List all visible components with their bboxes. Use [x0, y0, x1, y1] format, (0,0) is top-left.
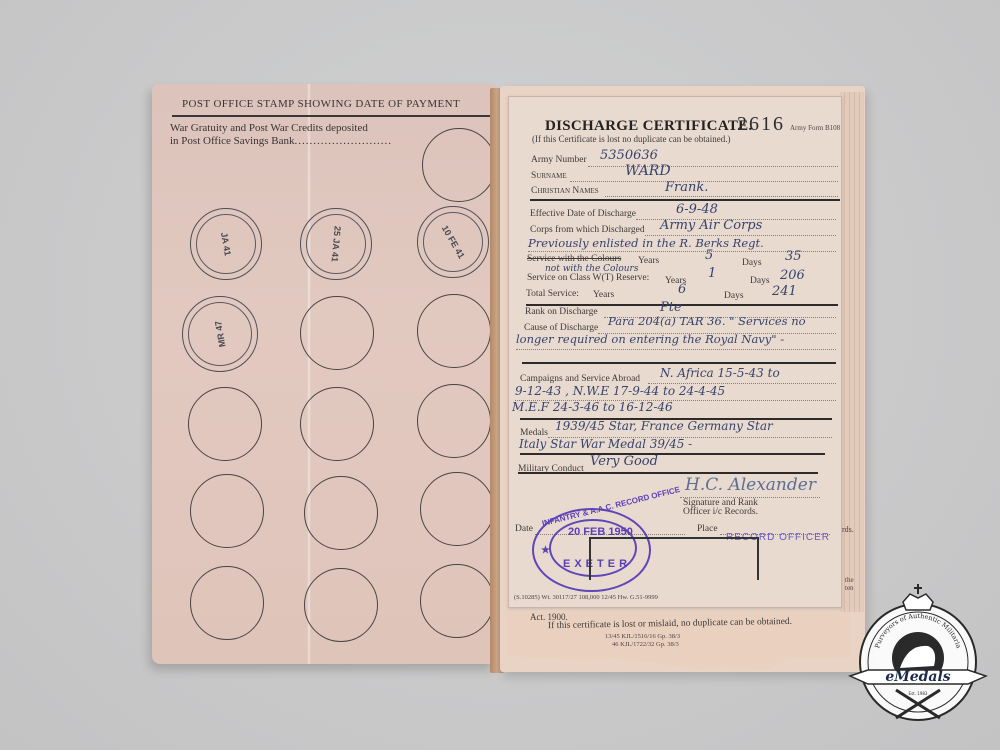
code-line-1: 13/45 KJL/1516/16 Gp. 38/3: [605, 633, 680, 640]
postmark-stamp: 10 FE 41: [417, 206, 489, 278]
conduct-value: Very Good: [590, 454, 658, 469]
medals-value-1: 1939/45 Star, France Germany Star: [555, 419, 773, 433]
rank-label: Rank on Discharge: [525, 307, 598, 317]
est-text: Est. 1983: [909, 691, 928, 696]
years-label: Years: [638, 256, 659, 266]
brand-name: eMedals: [885, 669, 950, 685]
army-number-value: 5350636: [600, 148, 658, 163]
colours-days-value: 35: [785, 249, 802, 264]
corps-label: Corps from which Discharged: [530, 225, 645, 235]
postmark-stamp: JA 41: [190, 208, 262, 280]
service-reserve-label: Service on Class W(T) Reserve:: [527, 273, 649, 283]
post-office-stamp-page: POST OFFICE STAMP SHOWING DATE OF PAYMEN…: [152, 84, 495, 664]
surname-value: WARD: [625, 163, 671, 179]
reserve-days-value: 206: [780, 268, 805, 283]
section-rule: [530, 199, 840, 201]
certificate-serial: 2616: [737, 113, 785, 136]
section-rule: [520, 453, 825, 455]
empty-stamp-circle: [417, 384, 491, 458]
page-title: POST OFFICE STAMP SHOWING DATE OF PAYMEN…: [182, 98, 460, 110]
campaigns-value-3: M.E.F 24-3-46 to 16-12-46: [512, 400, 673, 414]
cause-value-1: Para 204(a) TAR 36. " Services no: [608, 314, 806, 328]
section-rule: [518, 472, 818, 474]
field-line: [605, 196, 838, 197]
effective-date-value: 6-9-48: [676, 202, 718, 217]
postmark-stamp: MR 47: [182, 296, 258, 372]
christian-names-value: Frank.: [665, 180, 708, 195]
empty-stamp-circle: [417, 294, 491, 368]
empty-stamp-circle: [420, 564, 494, 638]
colours-years-value: 5: [705, 248, 713, 263]
rank-value: Pte: [660, 300, 682, 315]
corps-value: Army Air Corps: [660, 218, 762, 233]
note-line-1: War Gratuity and Post War Credits deposi…: [170, 122, 392, 135]
surname-label: Surname: [531, 171, 567, 181]
savings-note: War Gratuity and Post War Credits deposi…: [170, 122, 392, 148]
campaigns-label: Campaigns and Service Abroad: [520, 374, 640, 384]
empty-stamp-circle: [304, 568, 378, 642]
christian-names-label: Christian Names: [531, 186, 599, 196]
field-line: [516, 349, 836, 350]
campaigns-value-2: 9-12-43 , N.W.E 17-9-44 to 24-4-45: [515, 384, 725, 398]
certificate-title: DISCHARGE CERTIFICATE.: [545, 118, 753, 135]
emedals-watermark-logo: eMedals Est. 1983 Purveyors of Authentic…: [848, 580, 988, 730]
form-reference: Army Form B108: [790, 124, 840, 132]
army-number-label: Army Number: [531, 155, 587, 165]
stacked-page-edges: [840, 92, 864, 612]
section-rule: [526, 304, 838, 306]
days-label: Days: [742, 258, 762, 268]
print-code: (S.10285) Wt. 30117/27 108,000 12/45 Hw.…: [514, 594, 658, 601]
years-label: Years: [593, 290, 614, 300]
title-rule: [172, 115, 491, 117]
officer-label: Officer i/c Records.: [683, 507, 758, 517]
empty-stamp-circle: [300, 296, 374, 370]
section-rule: [522, 362, 836, 364]
empty-stamp-circle: [190, 474, 264, 548]
empty-stamp-circle: [304, 476, 378, 550]
effective-date-label: Effective Date of Discharge: [530, 209, 636, 219]
empty-stamp-circle: [190, 566, 264, 640]
page-crease: [307, 84, 311, 664]
total-days-value: 241: [772, 284, 797, 299]
folded-flap-outline: [589, 537, 759, 580]
campaigns-value-1: N. Africa 15-5-43 to: [660, 366, 780, 380]
empty-stamp-circle: [422, 128, 496, 202]
postmark-stamp: 25 JA 41: [300, 208, 372, 280]
total-service-label: Total Service:: [526, 289, 579, 299]
officer-signature: H.C. Alexander: [685, 475, 816, 495]
empty-stamp-circle: [300, 387, 374, 461]
code-line-2: 46 KJL/1722/32 Gp. 38/3: [612, 641, 679, 648]
certificate-subtitle: (If this Certificate is lost no duplicat…: [532, 134, 730, 144]
stamp-star: ★: [541, 545, 550, 556]
cause-value-2: longer required on entering the Royal Na…: [516, 332, 784, 346]
empty-stamp-circle: [188, 387, 262, 461]
days-label: Days: [750, 276, 770, 286]
days-label: Days: [724, 291, 744, 301]
note-dots: ..........................: [294, 135, 392, 147]
reserve-years-value: 1: [708, 266, 716, 281]
edge-text: rds.: [842, 525, 854, 534]
place-label: Place: [697, 524, 718, 534]
corps-previous-value: Previously enlisted in the R. Berks Regt…: [528, 236, 764, 250]
date-label: Date: [515, 524, 533, 534]
empty-stamp-circle: [420, 472, 494, 546]
total-years-value: 6: [678, 282, 686, 297]
service-colours-label: Service with the Colours: [527, 254, 621, 264]
note-line-2: in Post Office Savings Bank: [170, 135, 294, 147]
medals-value-2: Italy Star War Medal 39/45 -: [519, 437, 692, 451]
